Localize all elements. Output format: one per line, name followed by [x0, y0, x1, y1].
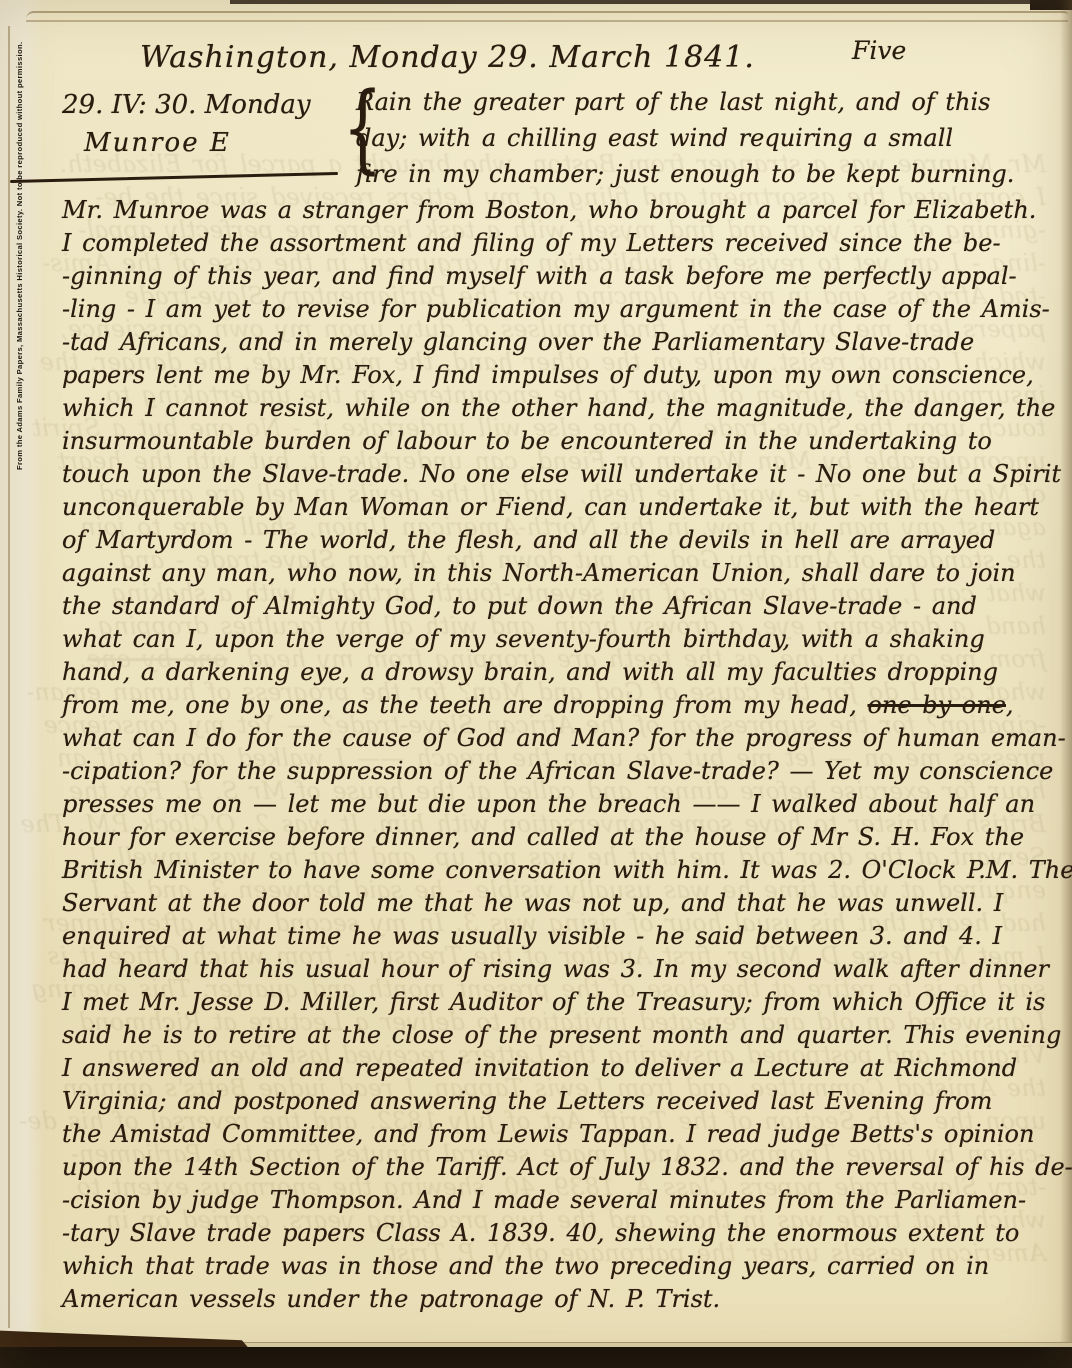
diary-line: had heard that his usual hour of rising … [62, 955, 1062, 988]
diary-page: From the Adams Family Papers, Massachuse… [0, 0, 1072, 1368]
diary-line: against any man, who now, in this North-… [62, 559, 1062, 592]
diary-line: hand, a darkening eye, a drowsy brain, a… [62, 658, 1062, 691]
diary-line: from me, one by one, as the teeth are dr… [62, 691, 1062, 724]
diary-line: said he is to retire at the close of the… [62, 1021, 1062, 1054]
diary-line: I completed the assortment and filing of… [62, 229, 1062, 262]
diary-line: Servant at the door told me that he was … [62, 889, 1062, 922]
diary-line: what can I, upon the verge of my seventy… [62, 625, 1062, 658]
page-left-edge-line [8, 26, 10, 1328]
margin-visitor-name: Munroe E [84, 128, 231, 158]
diary-line: -ginning of this year, and find myself w… [62, 262, 1062, 295]
copyright-notice: From the Adams Family Papers, Massachuse… [15, 70, 37, 470]
diary-body: Mr. Munroe was a stranger from Boston, w… [62, 196, 1062, 1318]
diary-line: -tad Africans, and in merely glancing ov… [62, 328, 1062, 361]
diary-line: what can I do for the cause of God and M… [62, 724, 1062, 757]
diary-line: British Minister to have some conversati… [62, 856, 1062, 889]
struck-text: one by one [868, 691, 1006, 719]
diary-line: I met Mr. Jesse D. Miller, first Auditor… [62, 988, 1062, 1021]
diary-line: the standard of Almighty God, to put dow… [62, 592, 1062, 625]
diary-line: Mr. Munroe was a stranger from Boston, w… [62, 196, 1062, 229]
diary-text: , [1006, 691, 1014, 719]
diary-line: papers lent me by Mr. Fox, I find impuls… [62, 361, 1062, 394]
diary-line: hour for exercise before dinner, and cal… [62, 823, 1062, 856]
diary-line: which that trade was in those and the tw… [62, 1252, 1062, 1285]
entry-heading: Washington, Monday 29. March 1841. [140, 40, 755, 75]
book-cover-edge [0, 1347, 1072, 1368]
corner-keyword: Five [852, 36, 906, 65]
diary-line: I answered an old and repeated invitatio… [62, 1054, 1062, 1087]
diary-line: unconquerable by Man Woman or Fiend, can… [62, 493, 1062, 526]
diary-line: touch upon the Slave-trade. No one else … [62, 460, 1062, 493]
diary-line: the Amistad Committee, and from Lewis Ta… [62, 1120, 1062, 1153]
diary-line: American vessels under the patronage of … [62, 1285, 1062, 1318]
diary-line: enquired at what time he was usually vis… [62, 922, 1062, 955]
entry-opening-lines: Rain the greater part of the last night,… [356, 88, 1056, 196]
diary-line: upon the 14th Section of the Tariff. Act… [62, 1153, 1062, 1186]
diary-line: which I cannot resist, while on the othe… [62, 394, 1062, 427]
diary-line: -tary Slave trade papers Class A. 1839. … [62, 1219, 1062, 1252]
diary-line: Rain the greater part of the last night,… [356, 88, 1056, 124]
diary-text: from me, one by one, as the teeth are dr… [62, 691, 868, 719]
page-top-edge-line [26, 11, 1068, 22]
diary-line: fire in my chamber; just enough to be ke… [356, 160, 1056, 196]
diary-line: of Martyrdom - The world, the flesh, and… [62, 526, 1062, 559]
diary-line: insurmountable burden of labour to be en… [62, 427, 1062, 460]
diary-line: Virginia; and postponed answering the Le… [62, 1087, 1062, 1120]
diary-line: presses me on — let me but die upon the … [62, 790, 1062, 823]
diary-line: -cipation? for the suppression of the Af… [62, 757, 1062, 790]
diary-line: day; with a chilling east wind requiring… [356, 124, 1056, 160]
margin-date-time: 29. IV: 30. Monday [62, 90, 311, 120]
diary-line: -cision by judge Thompson. And I made se… [62, 1186, 1062, 1219]
book-top-edge [230, 0, 1072, 4]
diary-line: -ling - I am yet to revise for publicati… [62, 295, 1062, 328]
